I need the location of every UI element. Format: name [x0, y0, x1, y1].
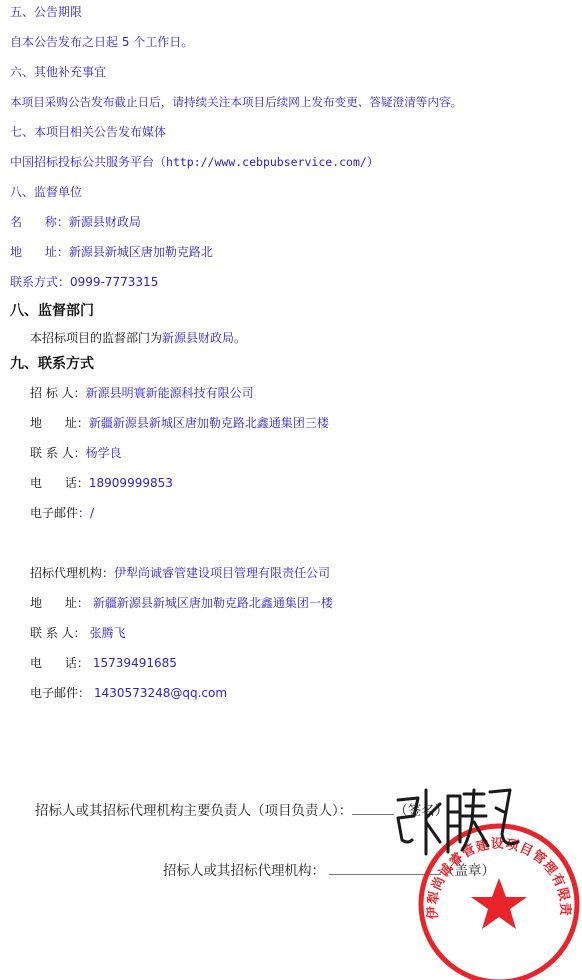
agency-person: 张腾飞: [90, 626, 126, 640]
section-7-title: 七、本项目相关公告发布媒体: [10, 124, 166, 140]
tenderer-name-row: 招 标 人：新源县明寰新能源科技有限公司: [30, 385, 254, 401]
agency-name-label: 招标代理机构：: [30, 566, 114, 580]
supervision-dept-prefix: 本招标项目的监督部门为: [30, 331, 162, 345]
principal-label: 招标人或其招标代理机构主要负责人（项目负责人）：: [35, 803, 352, 819]
tenderer-email: /: [90, 506, 94, 520]
section-8-title: 八、监督单位: [10, 184, 82, 200]
agency-phone-row: 电 话：15739491685: [30, 655, 177, 671]
tenderer-email-row: 电子邮件：/: [30, 505, 94, 521]
agency-address-label: 地 址：: [30, 596, 89, 610]
agency-email: 1430573248@qq.com: [94, 686, 227, 700]
tenderer-phone-label: 电 话：: [30, 476, 89, 490]
tenderer-name-label: 招 标 人：: [30, 386, 86, 400]
media-platform-close-paren: ）: [367, 155, 379, 169]
supervisor-name-label: 名 称：: [10, 215, 69, 229]
agency-name: 伊犁尚诚睿管建设项目管理有限责任公司: [114, 566, 330, 580]
section-7-body: 中国招标投标公共服务平台（http://www.cebpubservice.co…: [10, 154, 379, 170]
tenderer-address: 新疆新源县新城区唐加勒克路北鑫通集团三楼: [89, 416, 329, 430]
supervisor-phone: 0999-7773315: [70, 275, 158, 289]
tenderer-address-row: 地 址：新疆新源县新城区唐加勒克路北鑫通集团三楼: [30, 415, 329, 431]
supervision-dept-value: 新源县财政局: [162, 331, 234, 345]
agency-seal-label: 招标人或其招标代理机构：: [163, 863, 325, 879]
tenderer-person-label: 联 系 人：: [30, 446, 86, 460]
tenderer-name: 新源县明寰新能源科技有限公司: [86, 386, 254, 400]
contact-heading: 九、联系方式: [10, 355, 94, 373]
section-5-title: 五、公告期限: [10, 4, 82, 20]
supervision-dept-body: 本招标项目的监督部门为新源县财政局。: [30, 330, 246, 346]
tenderer-address-label: 地 址：: [30, 416, 89, 430]
agency-person-label: 联 系 人：: [30, 626, 86, 640]
agency-address-row: 地 址：新疆新源县新城区唐加勒克路北鑫通集团一楼: [30, 595, 333, 611]
section-6-body: 本项目采购公告发布截止日后，请持续关注本项目后续网上发布变更、答疑澄清等内容。: [10, 94, 462, 110]
agency-email-label: 电子邮件：: [30, 686, 90, 700]
supervisor-phone-row: 联系方式：0999-7773315: [10, 274, 158, 290]
tenderer-person-row: 联 系 人：杨学良: [30, 445, 122, 461]
agency-address: 新疆新源县新城区唐加勒克路北鑫通集团一楼: [93, 596, 333, 610]
media-platform-name: 中国招标投标公共服务平台（: [10, 155, 166, 169]
tenderer-email-label: 电子邮件：: [30, 506, 90, 520]
supervision-dept-heading: 八、监督部门: [10, 302, 94, 320]
supervisor-address-label: 地 址：: [10, 245, 69, 259]
tenderer-person: 杨学良: [86, 446, 122, 460]
section-6-title: 六、其他补充事宜: [10, 64, 106, 80]
principal-signature-line: [352, 814, 394, 815]
media-platform-url[interactable]: http://www.cebpubservice.com/: [166, 155, 367, 169]
section-5-body: 自本公告发布之日起 5 个工作日。: [10, 34, 193, 50]
supervisor-name-row: 名 称：新源县财政局: [10, 214, 141, 230]
supervisor-address: 新源县新城区唐加勒克路北: [69, 245, 213, 259]
agency-person-row: 联 系 人：张腾飞: [30, 625, 126, 641]
tenderer-phone: 18909999853: [89, 476, 173, 490]
agency-phone: 15739491685: [93, 656, 177, 670]
supervisor-phone-label: 联系方式：: [10, 275, 70, 289]
supervisor-name: 新源县财政局: [69, 215, 141, 229]
handwritten-signature: [392, 782, 522, 862]
tenderer-phone-row: 电 话：18909999853: [30, 475, 173, 491]
principal-signature-row: 招标人或其招标代理机构主要负责人（项目负责人）：（签名）: [35, 802, 448, 820]
agency-name-row: 招标代理机构：伊犁尚诚睿管建设项目管理有限责任公司: [30, 565, 330, 581]
supervision-dept-suffix: 。: [234, 331, 246, 345]
supervisor-address-row: 地 址：新源县新城区唐加勒克路北: [10, 244, 213, 260]
agency-email-row: 电子邮件：1430573248@qq.com: [30, 685, 227, 701]
agency-phone-label: 电 话：: [30, 656, 89, 670]
